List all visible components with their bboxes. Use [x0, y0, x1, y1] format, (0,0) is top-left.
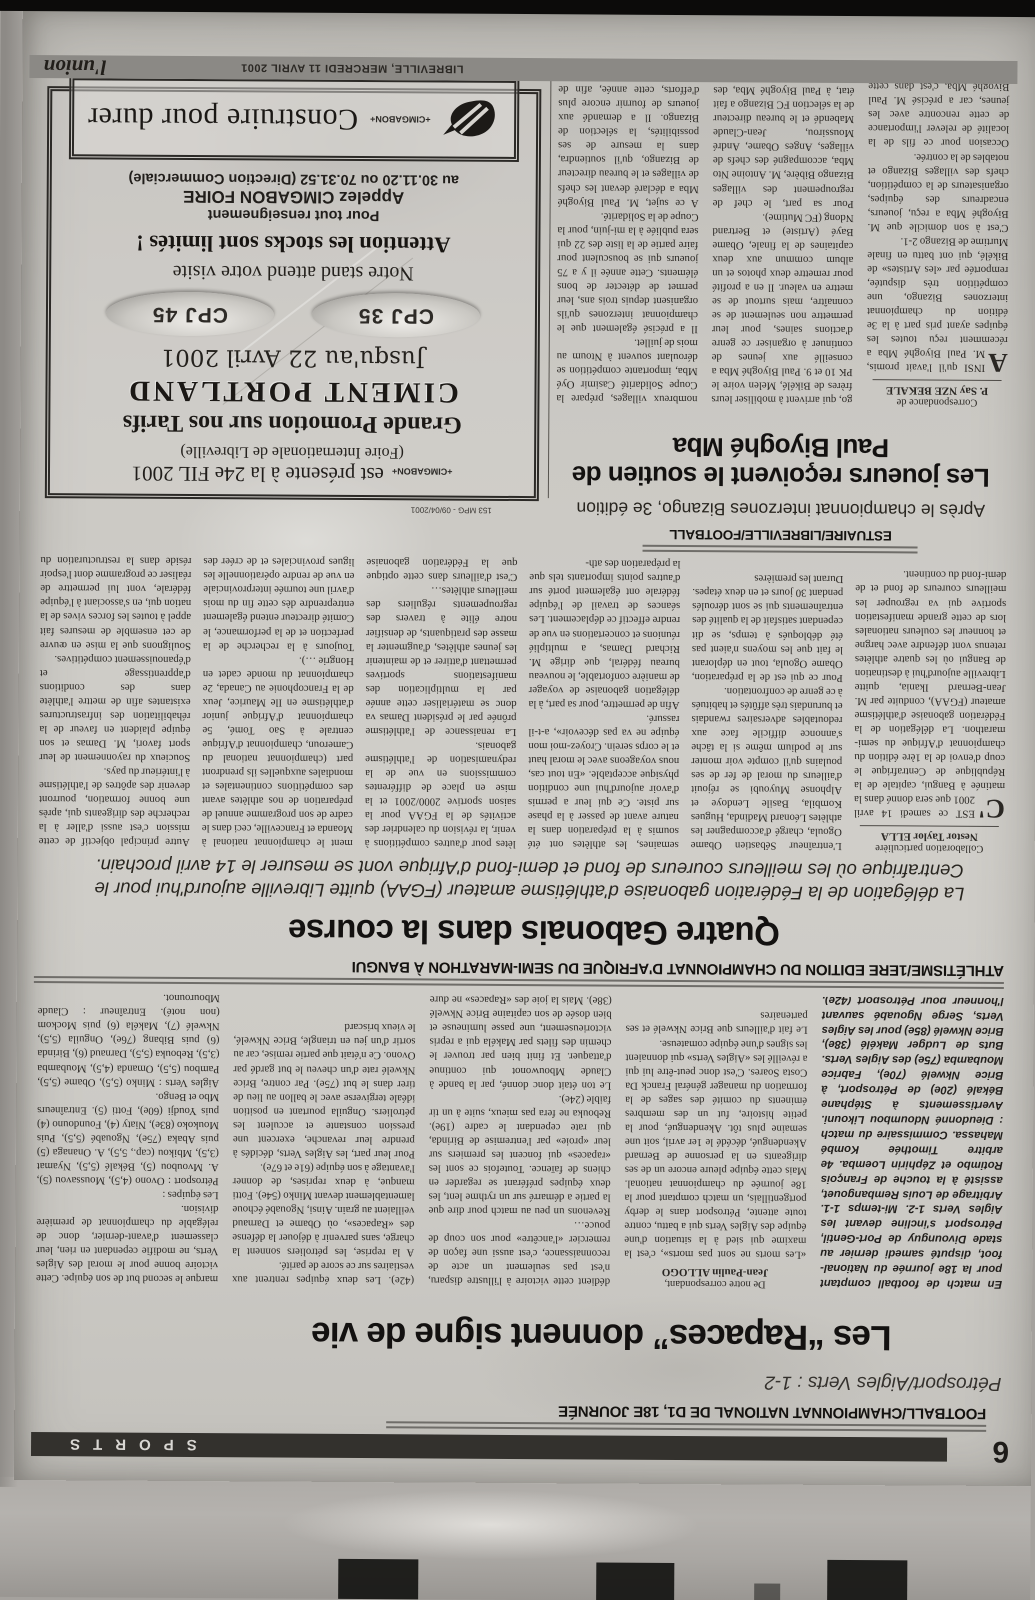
athletics-column: L'entraîneur Sébastien Obame Ogoula, cha…: [691, 556, 844, 853]
section-title: SPORTS: [57, 1436, 197, 1454]
athletics-kicker: ATHLÉTISME/1ERE EDITION DU CHAMPIONNAT D…: [34, 956, 1004, 989]
newspaper-page: 6 SPORTS FOOTBALL/CHAMPIONNAT NATIONAL D…: [14, 10, 1035, 1486]
cimgabon-brand-mark: +CIMGABON+: [370, 114, 431, 124]
scanner-background: [0, 1477, 1031, 1600]
football-column: dédient cette victoire à l'illustre disp…: [428, 994, 612, 1288]
column-divider-rule: [548, 78, 552, 498]
column-text: L'entraîneur Sébastien Obame Ogoula, cha…: [691, 571, 844, 853]
estuaire-headline: Les joueurs reçoivent le soutien de Paul…: [571, 432, 991, 492]
section-banner: SPORTS: [31, 1432, 947, 1462]
football-byline: De notre correspondant, Jean-Paulin ALLO…: [624, 1266, 806, 1290]
byline-intro: De notre correspondant,: [664, 1278, 765, 1290]
cimgabon-ad: +CIMGABON+ est présente à la 24e FIL 200…: [45, 86, 542, 501]
athletics-standfirst: La délégation de la Fédération gabonaise…: [79, 854, 979, 906]
football-column: (42e). Les deux équipes rentrent aux ves…: [232, 993, 416, 1287]
column-text: lètes pour d'autres compétitions à venir…: [365, 554, 518, 851]
football-lead-text: En match de football comptant pour la 18…: [820, 997, 1004, 1291]
column-text: «Les morts ne sont pas morts», c'est la …: [624, 1008, 808, 1262]
ad-product-name: CIMENT PORTLAND: [62, 373, 522, 409]
estuaire-column: Correspondance de P. Say NZE BEKALE AINS…: [866, 75, 1009, 408]
scan-artifact-bar: [338, 1559, 418, 1599]
ad-slogan-text: Construire pour durer: [88, 100, 359, 136]
athletics-article-body: Collaboration particulière Nestor Taylor…: [35, 552, 1007, 854]
football-headline: Les “Rapaces” donnent signe de vie: [232, 1313, 972, 1358]
column-text: go, qui arrivent à mobiliser leurs frère…: [711, 74, 854, 407]
athletics-column: ment le championnat national à Moanda et…: [202, 553, 355, 850]
column-text: Autre principal objectif de cette missio…: [39, 552, 192, 849]
athletics-column: lètes pour d'autres compétitions à venir…: [365, 554, 518, 851]
ad-reference-code: 153 MPG - 09/04/2001: [411, 505, 492, 514]
ad-contact-block: Pour tout renseignement Appelez CIMGABON…: [64, 169, 524, 224]
ad-deadline: Jusqu'au 22 Avril 2001: [63, 343, 523, 372]
ad-contact-line2: Appelez CIMGABON FOIRE: [64, 185, 524, 208]
ad-presence-line: +CIMGABON+ est présente à la 24e FIL 200…: [62, 460, 522, 488]
column-text: AINSI qu'il l'avait promis, M. Paul Biyo…: [867, 75, 1010, 375]
byline-intro: Correspondance de: [897, 396, 978, 407]
scanned-newspaper-capture: 6 SPORTS FOOTBALL/CHAMPIONNAT NATIONAL D…: [0, 0, 1035, 1600]
football-article-body: En match de football comptant pour la 18…: [32, 992, 1004, 1291]
byline-name: P. Say NZE BEKALE: [872, 384, 1002, 397]
ad-warning-line: Attention les stocks sont limités !: [63, 229, 523, 258]
ad-slogan-box: +CIMGABON+ Construire pour durer: [69, 75, 520, 162]
column-text: (42e). Les deux équipes rentrent aux ves…: [232, 1020, 416, 1288]
estuaire-kicker: ESTUAIRE/LIBREVILLE/FOOTBALL: [643, 527, 918, 554]
ad-product-badges: CPJ 35 CPJ 45: [63, 291, 523, 338]
column-text: C'EST ce samedi 14 avril 2001 que sera d…: [854, 567, 1007, 820]
ad-invite-line: Notre stand attend votre visite: [63, 259, 523, 285]
estuaire-column: nombreux villages, prépare la Coupe Soli…: [556, 73, 699, 406]
football-column: marque le second but de son équipe. Cett…: [36, 992, 220, 1286]
page-number: 6: [992, 1434, 1009, 1468]
cpj35-badge: CPJ 35: [312, 293, 480, 338]
column-text: ment le championnat national à Moanda et…: [202, 553, 355, 850]
athletics-column: Collaboration particulière Nestor Taylor…: [854, 557, 1007, 854]
scan-artifact-bar: [596, 1562, 674, 1600]
column-text: marque le second but de son équipe. Cett…: [36, 992, 220, 1286]
estuaire-article-header: ESTUAIRE/LIBREVILLE/FOOTBALL Après le ch…: [555, 432, 1008, 554]
ad-promo-title: Grande Promotion sur nos Tarifs: [62, 408, 522, 438]
athletics-headline: Quatre Gabonais dans la course: [64, 910, 1004, 954]
estuaire-article-body: Correspondance de P. Say NZE BEKALE AINS…: [555, 73, 1009, 408]
column-text: dédient cette victoire à l'illustre disp…: [428, 994, 612, 1288]
football-lead-column: En match de football comptant pour la 18…: [820, 997, 1004, 1291]
byline-intro: Collaboration particulière: [875, 842, 983, 854]
scanner-glow: [280, 1489, 700, 1562]
estuaire-standfirst: Après le championnat interzones Bizango,…: [555, 497, 1007, 521]
estuaire-column: go, qui arrivent à mobiliser leurs frère…: [711, 74, 854, 407]
column-text: semaines, les athlètes ont été soumis à …: [528, 556, 681, 852]
scan-artifact-bar: [754, 1583, 780, 1600]
column-text: nombreux villages, prépare la Coupe Soli…: [556, 73, 699, 406]
byline-name: Nestor Taylor ELLA: [860, 830, 999, 843]
footer-dateline: LIBREVILLE, MERCREDI 11 AVRIL 2001: [241, 62, 464, 75]
ad-contact-line3: au 30.11.20 ou 70.31.52 (Direction Comme…: [64, 169, 524, 188]
athletics-column: Autre principal objectif de cette missio…: [39, 552, 192, 849]
football-column: De notre correspondant, Jean-Paulin ALLO…: [624, 996, 808, 1290]
estuaire-byline: Correspondance de P. Say NZE BEKALE: [872, 379, 1002, 408]
cimgabon-brand-mark: +CIMGABON+: [392, 466, 453, 476]
football-scoreline: Pétrosport/Aigles Verts : 1-2: [764, 1371, 1001, 1394]
football-kicker: FOOTBALL/CHAMPIONNAT NATIONAL DE D1, 18E…: [386, 1401, 986, 1432]
athletics-column: semaines, les athlètes ont été soumis à …: [528, 555, 681, 852]
upside-down-sheet: 6 SPORTS FOOTBALL/CHAMPIONNAT NATIONAL D…: [0, 0, 1035, 1600]
ad-presence-subtext: (Foire Internationale de Libreville): [62, 441, 522, 462]
cpj45-badge: CPJ 45: [106, 291, 274, 336]
ad-contact-line1: Pour tout renseignement: [64, 205, 524, 224]
cimgabon-bird-logo-icon: [442, 96, 500, 144]
scan-artifact-bar: [827, 1560, 907, 1600]
athletics-byline: Collaboration particulière Nestor Taylor…: [860, 825, 999, 854]
newspaper-logo: l'union: [43, 54, 106, 79]
byline-name: Jean-Paulin ALLOGO: [624, 1266, 806, 1279]
ad-presence-text: est présente à la 24e FIL 2001: [132, 461, 384, 488]
